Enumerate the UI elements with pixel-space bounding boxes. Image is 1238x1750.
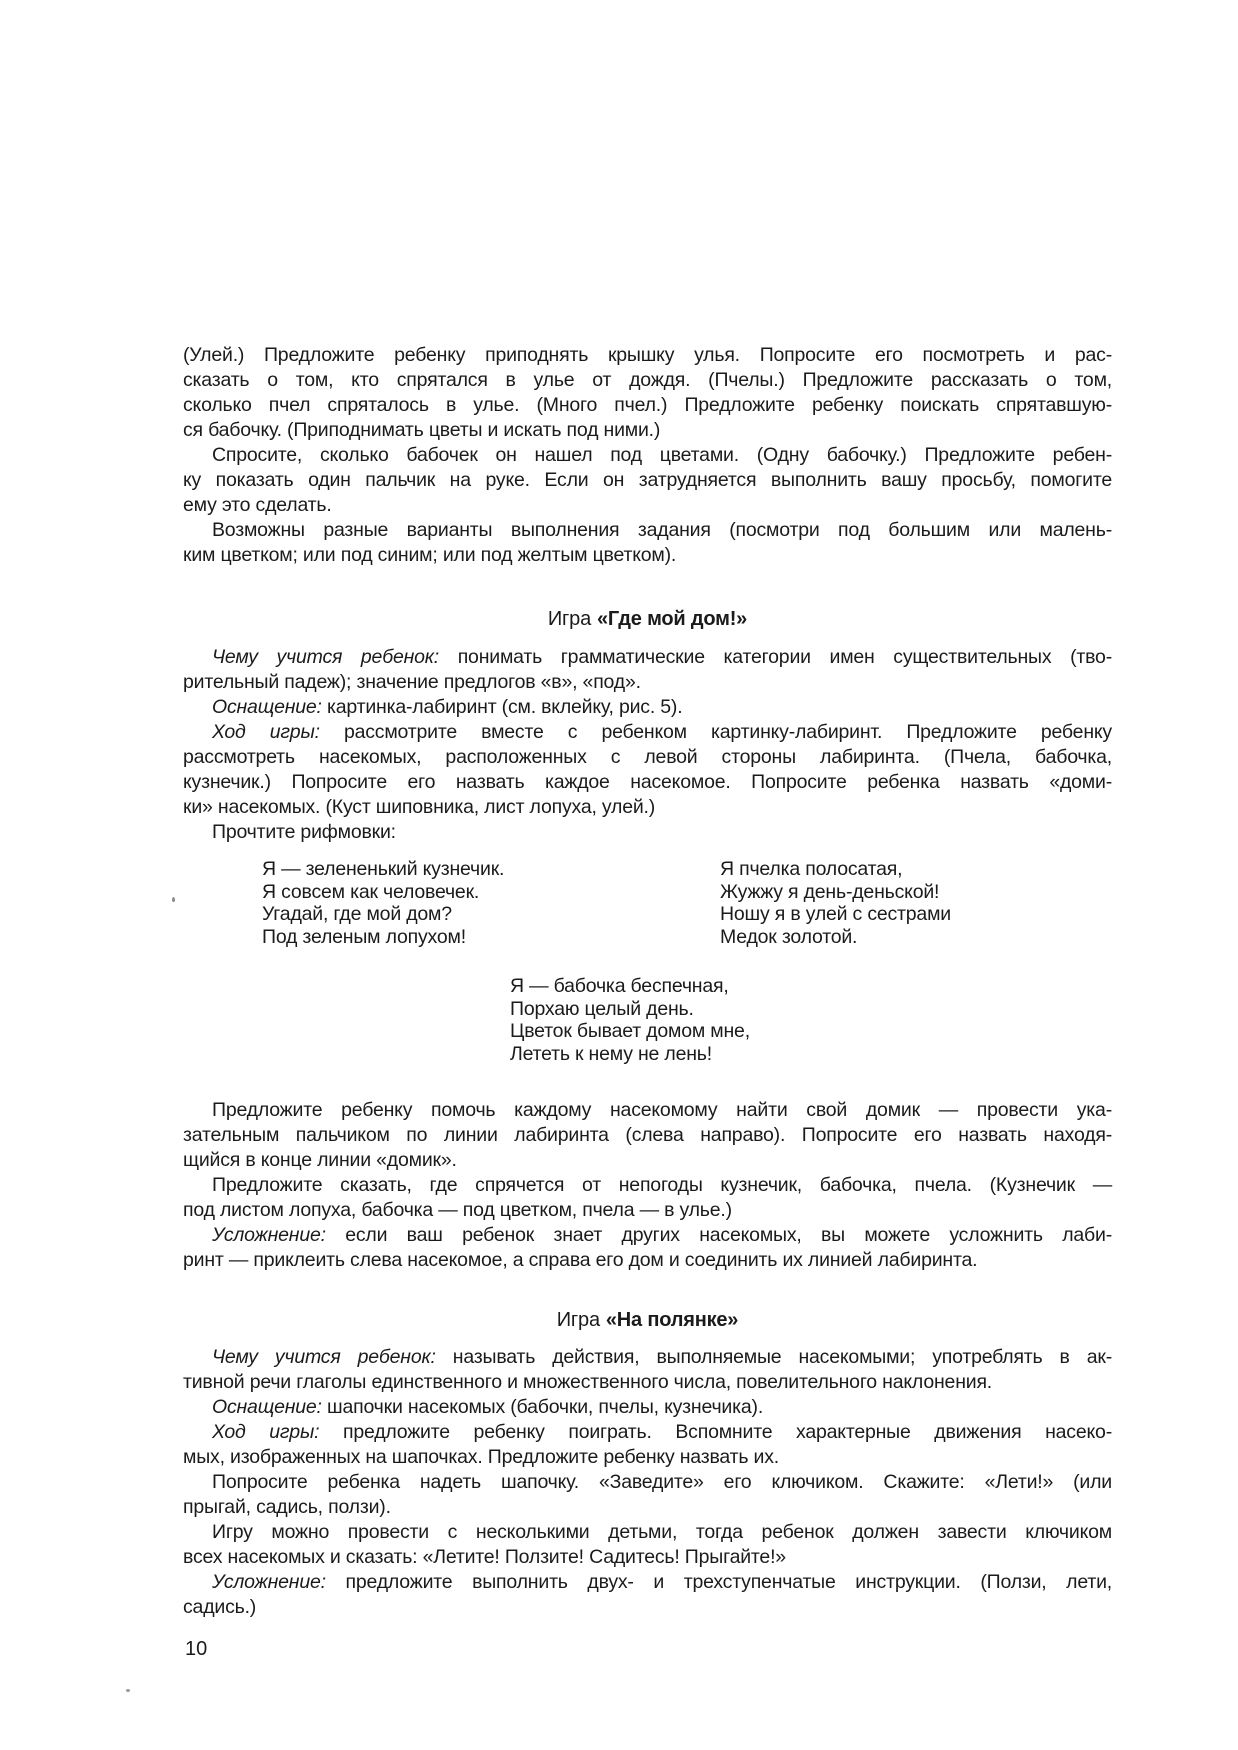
text-line: Чему учится ребенок: понимать грамматиче… [183,645,1112,670]
text-line: щийся в конце линии «домик». [183,1148,1112,1173]
paragraph-game1-howto: Ход игры: рассмотрите вместе с ребенком … [183,720,1112,820]
italic-lead: Усложнение: [212,1224,345,1246]
text-line: Оснащение: картинка-лабиринт (см. вклейк… [183,695,1112,720]
text-line: садись.) [183,1595,1112,1620]
text-line: Предложите сказать, где спрячется от неп… [183,1173,1112,1198]
game2-heading-prefix: Игра [557,1309,600,1331]
text-line: ся бабочку. (Приподнимать цветы и искать… [183,418,1112,443]
poem-grasshopper: Я — зелененький кузнечик.Я совсем как че… [262,858,1112,948]
text-line: Порхаю целый день. [510,998,1112,1021]
paragraph-game2-goal: Чему учится ребенок: называть действия, … [183,1345,1112,1395]
text-line: ринт — приклеить слева насекомое, а спра… [183,1248,1112,1273]
text-line: зательным пальчиком по линии лабиринта (… [183,1123,1112,1148]
text-line: Я пчелка полосатая, [720,858,951,881]
text-line: Медок золотой. [720,926,951,949]
italic-lead: Чему учится ребенок: [212,646,458,668]
text-line: Попросите ребенка надеть шапочку. «Завед… [183,1470,1112,1495]
text-line: Ход игры: рассмотрите вместе с ребенком … [183,720,1112,745]
text-line: мых, изображенных на шапочках. Предложит… [183,1445,1112,1470]
text-line: ему это сделать. [183,493,1112,518]
text-line: Я совсем как человечек. [262,881,1112,904]
text-line: сказать о том, кто спрятался в улье от д… [183,368,1112,393]
paragraph-maze-help: Предложите ребенку помочь каждому насеко… [183,1098,1112,1173]
italic-lead: Ход игры: [212,1421,343,1443]
game2-heading: Игра«На полянке» [183,1308,1112,1333]
poem-butterfly: Я — бабочка беспечная,Порхаю целый день.… [510,975,1112,1065]
text-line: Игру можно провести с несколькими детьми… [183,1520,1112,1545]
text-line: Прочтите рифмовки: [183,820,1112,845]
text-line: под листом лопуха, бабочка — под цветком… [183,1198,1112,1223]
paragraph-hide-from-weather: Предложите сказать, где спрячется от неп… [183,1173,1112,1223]
text-line: кузнечик.) Попросите его назвать каждое … [183,770,1112,795]
text-line: сколько пчел спряталось в улье. (Много п… [183,393,1112,418]
italic-lead: Ход игры: [212,721,344,743]
page-number: 10 [185,1637,207,1662]
text-column: (Улей.) Предложите ребенку приподнять кр… [183,343,1112,1620]
paragraph-wear-cap: Попросите ребенка надеть шапочку. «Завед… [183,1470,1112,1520]
text-line: рительный падеж); значение предлогов «в»… [183,670,1112,695]
text-line: Возможны разные варианты выполнения зада… [183,518,1112,543]
text-line: Под зеленым лопухом! [262,926,1112,949]
paragraph-game1-goal: Чему учится ребенок: понимать грамматиче… [183,645,1112,695]
text-line: тивной речи глаголы единственного и множ… [183,1370,1112,1395]
text-line: Я — зелененький кузнечик. [262,858,1112,881]
text-line: Лететь к нему не лень! [510,1043,1112,1066]
text-line: (Улей.) Предложите ребенку приподнять кр… [183,343,1112,368]
paragraph-read-rhymes: Прочтите рифмовки: [183,820,1112,845]
paragraph-ask-butterflies: Спросите, сколько бабочек он нашел под ц… [183,443,1112,518]
text-line: ким цветком; или под синим; или под желт… [183,543,1112,568]
paragraph-game1-complication: Усложнение: если ваш ребенок знает други… [183,1223,1112,1273]
poem-bee: Я пчелка полосатая,Жужжу я день-деньской… [720,858,951,948]
text-line: всех насекомых и сказать: «Летите! Ползи… [183,1545,1112,1570]
scan-ink-speck [172,897,175,902]
text-line: Усложнение: предложите выполнить двух- и… [183,1570,1112,1595]
paragraph-game2-equipment: Оснащение: шапочки насекомых (бабочки, п… [183,1395,1112,1420]
paragraph-game2-complication: Усложнение: предложите выполнить двух- и… [183,1570,1112,1620]
italic-lead: Оснащение: [212,696,327,718]
scan-ink-speck [126,1689,130,1692]
text-line: Ношу я в улей с сестрами [720,903,951,926]
text-line: Жужжу я день-деньской! [720,881,951,904]
text-line: прыгай, садись, ползи). [183,1495,1112,1520]
game1-heading: Игра«Где мой дом!» [183,607,1112,632]
italic-lead: Усложнение: [212,1571,346,1593]
text-line: ку показать один пальчик на руке. Если о… [183,468,1112,493]
text-line: Предложите ребенку помочь каждому насеко… [183,1098,1112,1123]
game1-heading-title: «Где мой дом!» [597,608,747,630]
text-line: Цветок бывает домом мне, [510,1020,1112,1043]
book-page: { "page": { "number": "10" }, "content":… [0,0,1238,1750]
game2-heading-title: «На полянке» [606,1309,738,1331]
text-line: Спросите, сколько бабочек он нашел под ц… [183,443,1112,468]
text-line: Оснащение: шапочки насекомых (бабочки, п… [183,1395,1112,1420]
poems-row: Я — зелененький кузнечик.Я совсем как че… [183,858,1112,948]
text-line: ки» насекомых. (Куст шиповника, лист лоп… [183,795,1112,820]
text-line: Усложнение: если ваш ребенок знает други… [183,1223,1112,1248]
game1-heading-prefix: Игра [548,608,591,630]
text-line: Ход игры: предложите ребенку поиграть. В… [183,1420,1112,1445]
paragraph-hive-continuation: (Улей.) Предложите ребенку приподнять кр… [183,343,1112,443]
paragraph-task-variants: Возможны разные варианты выполнения зада… [183,518,1112,568]
paragraph-many-children: Игру можно провести с несколькими детьми… [183,1520,1112,1570]
paragraph-game1-equipment: Оснащение: картинка-лабиринт (см. вклейк… [183,695,1112,720]
text-line: Угадай, где мой дом? [262,903,1112,926]
paragraph-game2-howto: Ход игры: предложите ребенку поиграть. В… [183,1420,1112,1470]
italic-lead: Оснащение: [212,1396,327,1418]
text-line: Я — бабочка беспечная, [510,975,1112,998]
italic-lead: Чему учится ребенок: [212,1346,453,1368]
text-line: рассмотреть насекомых, расположенных с л… [183,745,1112,770]
text-line: Чему учится ребенок: называть действия, … [183,1345,1112,1370]
